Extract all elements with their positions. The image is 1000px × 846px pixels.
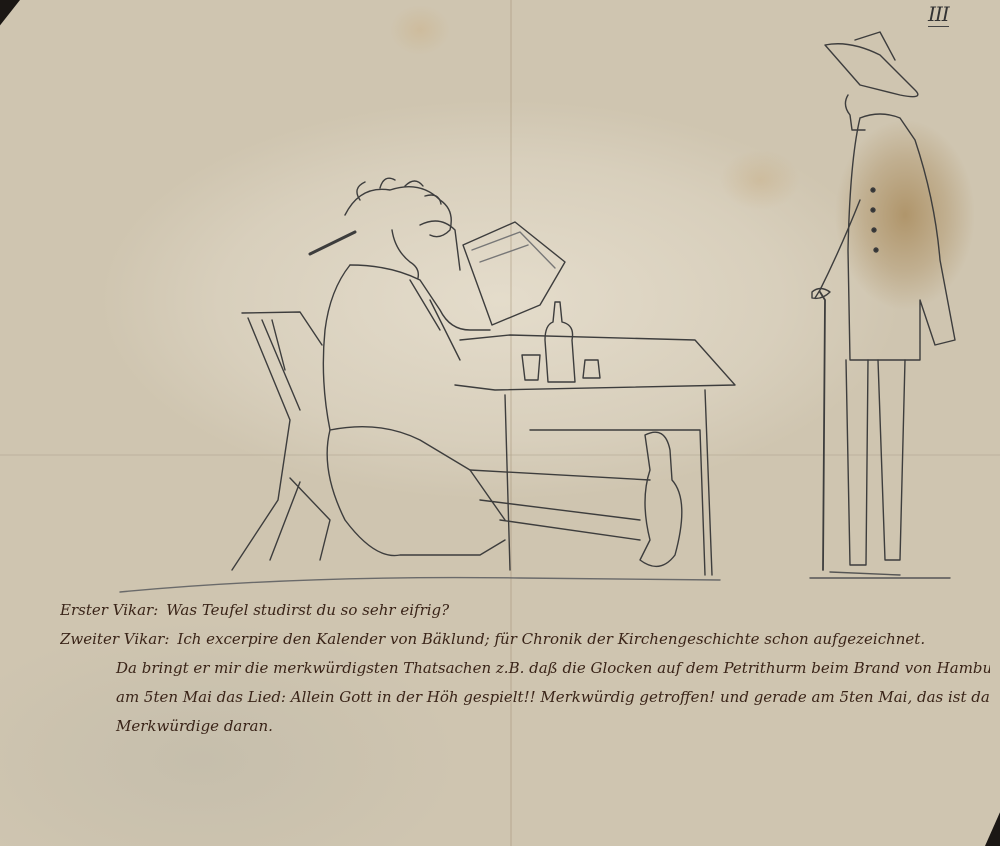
cane-icon <box>820 292 825 570</box>
bottle-icon <box>545 302 575 382</box>
table <box>455 335 735 575</box>
caption-text: Was Teufel studirst du so sehr eifrig? <box>166 601 449 619</box>
chair-icon <box>232 312 330 570</box>
glass-icon <box>522 355 540 380</box>
caption-line-1: Erster Vikar:Was Teufel studirst du so s… <box>60 596 990 625</box>
speaker-label: Zweiter Vikar: <box>60 630 169 648</box>
basket-icon <box>583 360 600 378</box>
speaker-label: Erster Vikar: <box>60 601 158 619</box>
ground-line <box>120 578 720 592</box>
caption-line-2: Zweiter Vikar:Ich excerpire den Kalender… <box>60 625 990 654</box>
caption-line-4: am 5ten Mai das Lied: Allein Gott in der… <box>60 683 990 712</box>
caption-line-5: Merkwürdige daran. <box>60 712 990 741</box>
handwritten-caption: Erster Vikar:Was Teufel studirst du so s… <box>60 596 990 741</box>
hat-icon <box>825 44 918 97</box>
book-icon <box>463 222 565 325</box>
boot-icon <box>640 432 682 566</box>
standing-figure-with-cane <box>810 32 955 578</box>
caption-line-3: Da bringt er mir die merkwürdigsten That… <box>60 654 990 683</box>
caption-text: Ich excerpire den Kalender von Bäklund; … <box>177 630 925 648</box>
